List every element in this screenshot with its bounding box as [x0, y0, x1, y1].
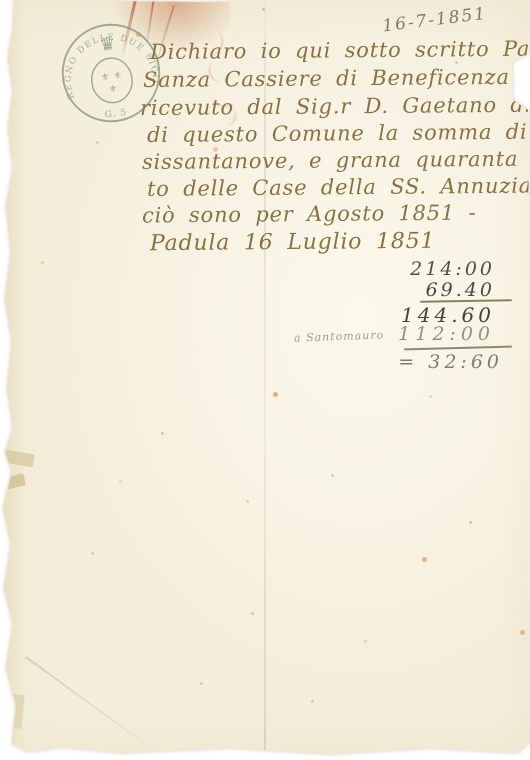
fleur-de-lis-icon: ⚜	[113, 70, 123, 82]
manuscript-line: sissantanove, e grana quaranta per fit	[142, 146, 530, 174]
manuscript-line: ciò sono per Agosto 1851 -	[142, 201, 477, 228]
torn-edge-flap	[3, 450, 35, 468]
paper-sheet: REGNO DELLE DUE SICILIE ♛ ⚜ ⚜ ⚜ G. 5 16-…	[0, 0, 530, 760]
pencil-date-note: 16-7-1851	[381, 0, 522, 36]
manuscript-line: di questo Comune la somma di Ducati	[147, 119, 530, 147]
crown-icon: ♛	[98, 33, 117, 56]
diagonal-fold-crease	[25, 656, 170, 760]
calc-underline	[404, 346, 512, 351]
foxing-spots	[0, 0, 3, 3]
manuscript-date-line: Padula 16 Luglio 1851	[150, 229, 435, 256]
manuscript-line: ricevuto dal Sig.r D. Gaetano di Marco	[140, 92, 530, 120]
fleur-de-lis-icon: ⚜	[100, 72, 110, 84]
stamp-shield	[89, 56, 134, 105]
torn-edge-flap	[0, 473, 26, 490]
calc-value: 112:00	[330, 323, 495, 345]
manuscript-line: Dichiaro io qui sotto scritto Pasquale	[150, 36, 530, 64]
scanned-document: REGNO DELLE DUE SICILIE ♛ ⚜ ⚜ ⚜ G. 5 16-…	[0, 0, 530, 760]
paper-sheet-wrap: REGNO DELLE DUE SICILIE ♛ ⚜ ⚜ ⚜ G. 5 16-…	[0, 0, 530, 760]
manuscript-line: Sanza Cassiere di Beneficenza di aver.	[143, 64, 530, 92]
manuscript-line: to delle Case della SS. Annuziata e	[147, 173, 530, 201]
calc-value: 69.40	[330, 279, 495, 301]
torn-edge-flap	[1, 693, 24, 729]
calc-value: 214:00	[330, 258, 495, 280]
fleur-de-lis-icon: ⚜	[108, 83, 118, 95]
calc-result: = 32:60	[330, 351, 503, 373]
